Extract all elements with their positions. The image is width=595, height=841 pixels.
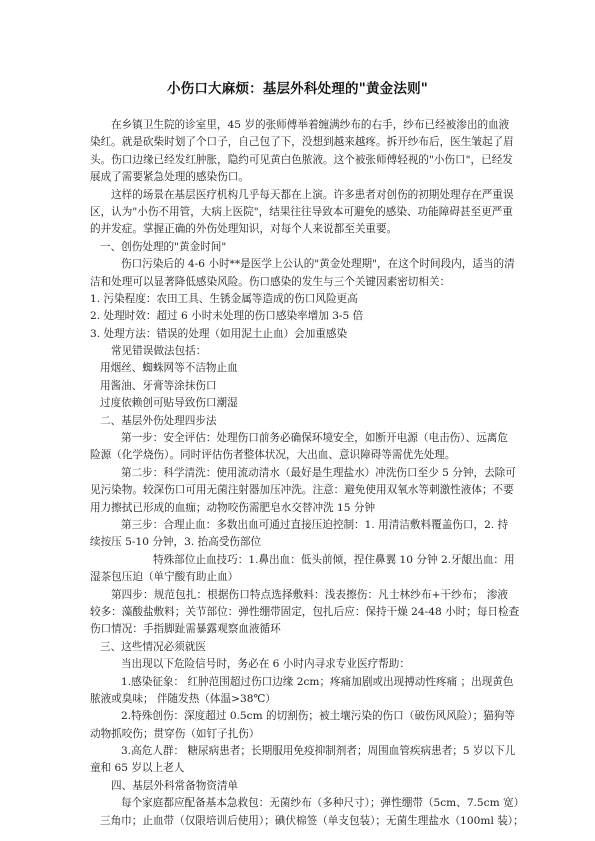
paragraph-line: 的并发症。掌握正确的外伤处理知识，对每个人来说都至关重要。 (90, 221, 508, 238)
paragraph-line: 续按压 5-10 分钟，3. 抬高受伤部位 (90, 534, 508, 551)
paragraph-line: 伤口污染后的 4-6 小时**是医学上公认的"黄金处理期"，在这个时间段内，适当… (90, 256, 508, 273)
paragraph-line: 见污染物。较深伤口可用无菌注射器加压冲洗。注意：避免使用双氧水等刺激性液体；不要 (90, 482, 508, 499)
paragraph-line: 染红。就是砍柴时划了个口子，自己包了下，没想到越来越疼。拆开纱布后，医生皱起了眉 (90, 134, 508, 151)
list-item: 1. 污染程度：农田工具、生锈金属等造成的伤口风险更高 (90, 291, 508, 308)
section-heading: 四、基层外科常备物资清单 (90, 778, 508, 795)
paragraph-line: 头。伤口边缘已经发红肿胀，隐约可见黄白色脓液。这个被张师傅轻视的"小伤口"，已经… (90, 152, 508, 169)
list-item: 用酱油、牙膏等涂抹伤口 (90, 378, 508, 395)
paragraph-line: 童和 65 岁以上老人 (90, 760, 508, 777)
paragraph-line: 第一步：安全评估：处理伤口前务必确保环境安全，如断开电源（电击伤）、远离危 (90, 430, 508, 447)
paragraph-line: 第二步：科学清洗：使用流动清水（最好是生理盐水）冲洗伤口至少 5 分钟，去除可 (90, 465, 508, 482)
paragraph-line: 这样的场景在基层医疗机构几乎每天都在上演。许多患者对创伤的初期处理存在严重误 (90, 187, 508, 204)
paragraph-line: 展成了需要紧急处理的感染伤口。 (90, 169, 508, 186)
section-heading: 二、基层外伤处理四步法 (90, 413, 508, 430)
section-heading: 一、创伤处理的"黄金时间" (90, 239, 508, 256)
paragraph-line: 三角巾；止血带（仅限培训后使用）；碘伏棉签（单支包装）；无菌生理盐水（100ml… (90, 813, 508, 830)
list-item: 用烟丝、蜘蛛网等不洁物止血 (90, 360, 508, 377)
paragraph-line: 区，认为"小伤不用管，大病上医院"，结果往往导致本可避免的感染、功能障碍甚至更严… (90, 204, 508, 221)
paragraph-line: 脓液或臭味； 伴随发热（体温>38℃） (90, 691, 508, 708)
paragraph-line: 3.高危人群： 糖尿病患者；长期服用免疫抑制剂者；周围血管疾病患者；5 岁以下儿 (90, 743, 508, 760)
section-heading: 三、这些情况必须就医 (90, 639, 508, 656)
document-body: 在乡镇卫生院的诊室里，45 岁的张师傅举着缠满纱布的右手，纱布已经被渗出的血液 … (90, 117, 508, 830)
paragraph-line: 在乡镇卫生院的诊室里，45 岁的张师傅举着缠满纱布的右手，纱布已经被渗出的血液 (90, 117, 508, 134)
paragraph-line: 常见错误做法包括： (90, 343, 508, 360)
paragraph-line: 第三步：合理止血：多数出血可通过直接压迫控制：1. 用清洁敷料覆盖伤口，2. 持 (90, 517, 508, 534)
list-item: 3. 处理方法：错误的处理（如用泥土止血）会加重感染 (90, 326, 508, 343)
paragraph-line: 当出现以下危险信号时，务必在 6 小时内寻求专业医疗帮助： (90, 656, 508, 673)
paragraph-line: 动物抓咬伤；贯穿伤（如钉子扎伤） (90, 726, 508, 743)
paragraph-line: 险源（化学烧伤）。同时评估伤者整体状况，大出血、意识障碍等需优先处理。 (90, 447, 508, 464)
paragraph-line: 湿茶包压迫（单宁酸有助止血） (90, 569, 508, 586)
paragraph-line: 较多：藻酸盐敷料；关节部位：弹性绷带固定，包扎后应：保持干燥 24-48 小时；… (90, 604, 508, 621)
paragraph-line: 1.感染征象： 红肿范围超过伤口边缘 2cm；疼痛加剧或出现搏动性疼痛 ；出现黄… (90, 674, 508, 691)
paragraph-line: 每个家庭都应配备基本急救包：无菌纱布（多种尺寸）；弹性绷带（5cm、7.5cm … (90, 795, 508, 812)
paragraph-line: 特殊部位止血技巧：1.鼻出血：低头前倾，捏住鼻翼 10 分钟 2.牙龈出血：用 (90, 552, 508, 569)
paragraph-line: 伤口情况：手指脚趾需暴露观察血液循环 (90, 621, 508, 638)
list-item: 过度依赖创可贴导致伤口潮湿 (90, 395, 508, 412)
paragraph-line: 第四步：规范包扎：根据伤口特点选择敷料：浅表擦伤：凡士林纱布+干纱布； 渗液 (90, 587, 508, 604)
paragraph-line: 用力擦拭已形成的血痂；动物咬伤需肥皂水交替冲洗 15 分钟 (90, 500, 508, 517)
paragraph-line: 洁和处理可以显著降低感染风险。伤口感染的发生与三个关键因素密切相关： (90, 274, 508, 291)
paragraph-line: 2.特殊创伤：深度超过 0.5cm 的切割伤；被土壤污染的伤口（破伤风风险）；猫… (90, 708, 508, 725)
list-item: 2. 处理时效：超过 6 小时未处理的伤口感染率增加 3-5 倍 (90, 308, 508, 325)
document-title: 小伤口大麻烦：基层外科处理的"黄金法则" (0, 77, 595, 97)
document-page: 小伤口大麻烦：基层外科处理的"黄金法则" 在乡镇卫生院的诊室里，45 岁的张师傅… (0, 0, 595, 841)
